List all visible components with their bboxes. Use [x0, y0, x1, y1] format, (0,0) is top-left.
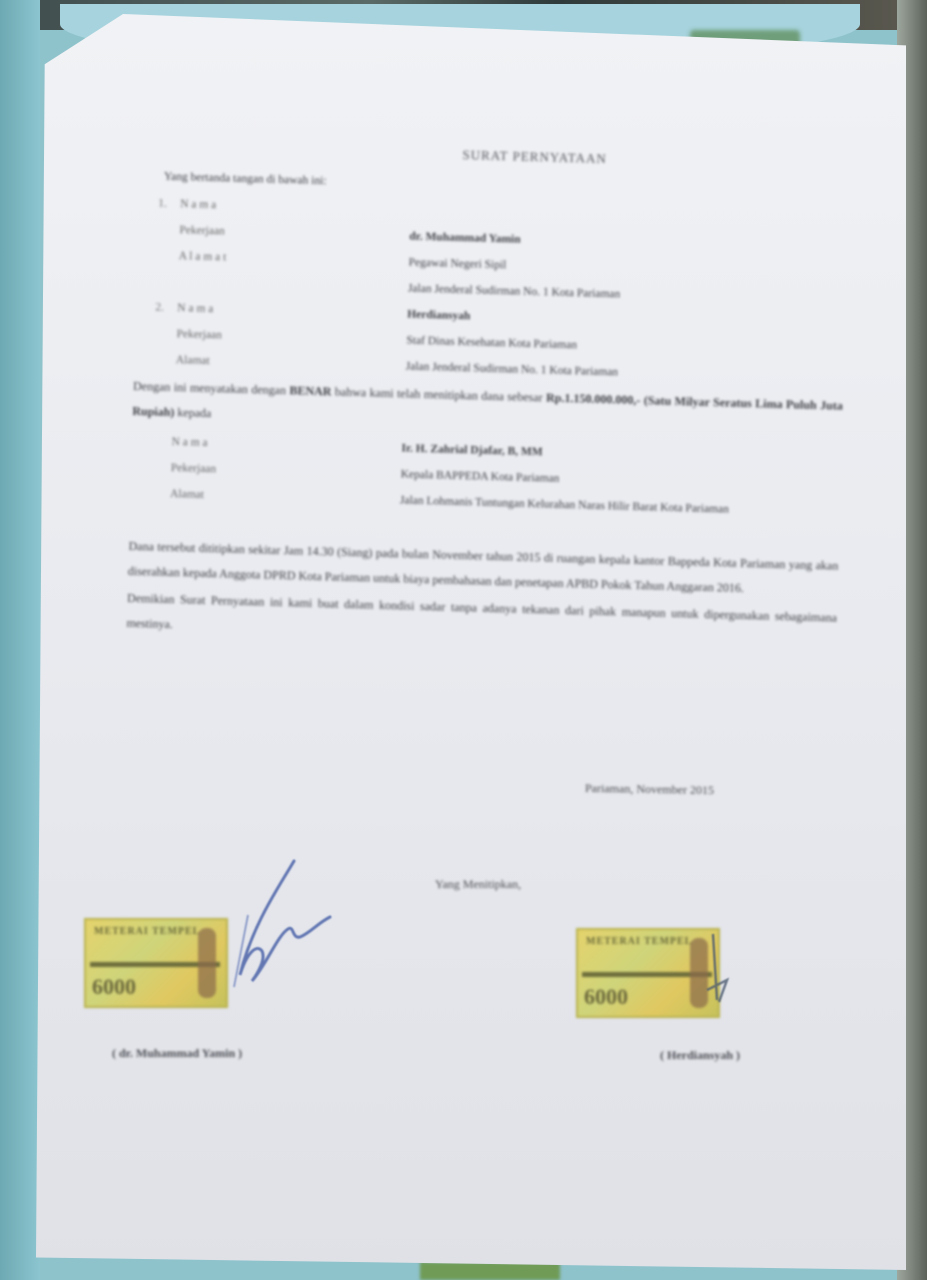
stamp-value: 6000 [584, 984, 628, 1010]
field-label: N a m a [177, 302, 407, 320]
statement-emphasis: BENAR [289, 383, 331, 398]
stamp-emblem-icon [198, 928, 216, 998]
statement-prefix: Dengan ini menyatakan dengan [133, 379, 286, 397]
field-value: Jalan Jenderal Sudirman No. 1 Kota Paria… [406, 361, 844, 385]
signature-left-icon [222, 855, 342, 995]
statement-suffix: kepada [177, 405, 211, 420]
place-date: Pariaman, November 2015 [585, 781, 714, 798]
document-title: SURAT PERNYATAAN [220, 140, 850, 174]
document-body: SURAT PERNYATAAN Yang bertanda tangan di… [126, 138, 850, 656]
statement-middle: bahwa kami telah menitipkan dana sebesar [335, 385, 543, 405]
field-label: Pekerjaan [176, 328, 406, 346]
field-label: Alamat [170, 481, 401, 513]
declarant-number: 2. [155, 301, 177, 314]
revenue-stamp-right: METERAI TEMPEL 6000 [576, 928, 720, 1018]
revenue-stamp-left: METERAI TEMPEL 6000 [84, 918, 228, 1008]
field-label: N a m a [171, 436, 401, 454]
signer-name-right: ( Herdiansyah ) [660, 1048, 740, 1063]
recipient: N a m a Ir. H. Zahrial Djafar, B, MM Pek… [169, 429, 842, 552]
declarant-1: 1. N a m a Pekerjaan dr. Muhammad Yamin … [156, 191, 849, 314]
declarant-number: 1. [158, 198, 180, 211]
stamp-value: 6000 [92, 974, 136, 1000]
field-label: Pekerjaan [179, 224, 409, 242]
stamp-text: METERAI TEMPEL [94, 926, 200, 937]
field-value [410, 211, 848, 223]
signature-right-icon [705, 930, 745, 1010]
signer-name-left: ( dr. Muhammad Yamin ) [112, 1046, 242, 1061]
field-label: Pekerjaan [171, 462, 401, 480]
field-label: N a m a [180, 198, 410, 216]
field-label: Alamat [176, 354, 406, 372]
field-label: A l a m a t [179, 250, 409, 268]
document: SURAT PERNYATAAN Yang bertanda tangan di… [0, 0, 927, 1280]
stamp-text: METERAI TEMPEL [586, 936, 692, 947]
closing-label: Yang Menitipkan, [435, 877, 521, 892]
